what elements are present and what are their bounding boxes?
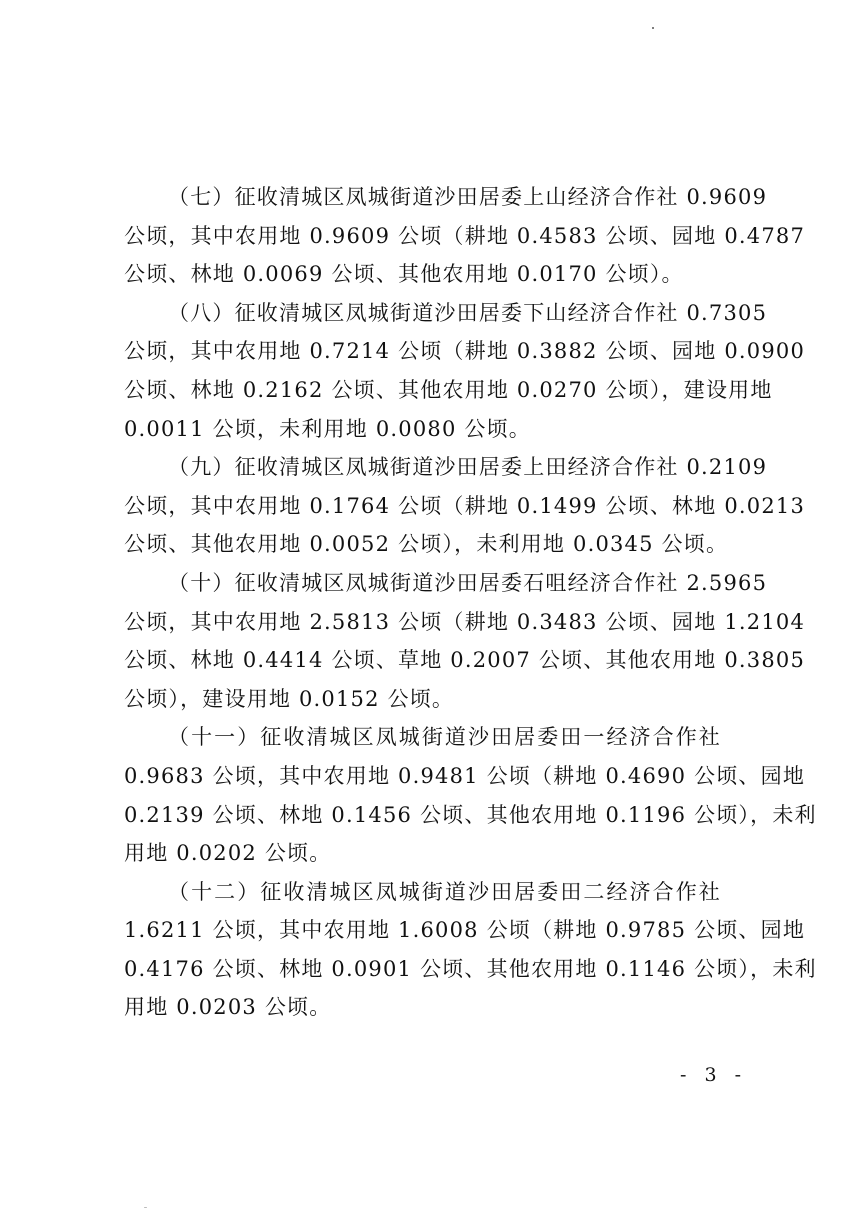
text-line: 0.2139 公顷、林地 0.1456 公顷、其他农用地 0.1196 公顷），… <box>124 796 721 835</box>
text-line: （七）征收清城区凤城街道沙田居委上山经济合作社 0.9609 <box>124 178 721 217</box>
paragraph-item-12: （十二）征收清城区凤城街道沙田居委田二经济合作社 1.6211 公顷，其中农用地… <box>124 873 721 1027</box>
text-line: 公顷、林地 0.4414 公顷、草地 0.2007 公顷、其他农用地 0.380… <box>124 641 721 680</box>
document-page: （七）征收清城区凤城街道沙田居委上山经济合作社 0.9609 公顷，其中农用地 … <box>0 0 850 1214</box>
paragraph-item-7: （七）征收清城区凤城街道沙田居委上山经济合作社 0.9609 公顷，其中农用地 … <box>124 178 721 294</box>
scan-artifact <box>144 1207 147 1208</box>
text-line: 公顷、林地 0.0069 公顷、其他农用地 0.0170 公顷）。 <box>124 255 721 294</box>
text-line: 公顷，其中农用地 0.7214 公顷（耕地 0.3882 公顷、园地 0.090… <box>124 332 721 371</box>
paragraph-item-11: （十一）征收清城区凤城街道沙田居委田一经济合作社 0.9683 公顷，其中农用地… <box>124 718 721 872</box>
document-body: （七）征收清城区凤城街道沙田居委上山经济合作社 0.9609 公顷，其中农用地 … <box>124 178 721 1027</box>
page-number: - 3 - <box>680 1064 747 1086</box>
text-line: 公顷，其中农用地 2.5813 公顷（耕地 0.3483 公顷、园地 1.210… <box>124 603 721 642</box>
scan-artifact <box>652 27 654 29</box>
text-line: 1.6211 公顷，其中农用地 1.6008 公顷（耕地 0.9785 公顷、园… <box>124 911 721 950</box>
text-line: 公顷，其中农用地 0.9609 公顷（耕地 0.4583 公顷、园地 0.478… <box>124 217 721 256</box>
paragraph-item-9: （九）征收清城区凤城街道沙田居委上田经济合作社 0.2109 公顷，其中农用地 … <box>124 448 721 564</box>
text-line: （十一）征收清城区凤城街道沙田居委田一经济合作社 <box>124 718 721 757</box>
text-line: 公顷、其他农用地 0.0052 公顷），未利用地 0.0345 公顷。 <box>124 525 721 564</box>
text-line: 公顷，其中农用地 0.1764 公顷（耕地 0.1499 公顷、林地 0.021… <box>124 487 721 526</box>
paragraph-item-8: （八）征收清城区凤城街道沙田居委下山经济合作社 0.7305 公顷，其中农用地 … <box>124 294 721 448</box>
text-line: 0.4176 公顷、林地 0.0901 公顷、其他农用地 0.1146 公顷），… <box>124 950 721 989</box>
text-line: 0.9683 公顷，其中农用地 0.9481 公顷（耕地 0.4690 公顷、园… <box>124 757 721 796</box>
text-line: 用地 0.0202 公顷。 <box>124 834 721 873</box>
paragraph-item-10: （十）征收清城区凤城街道沙田居委石咀经济合作社 2.5965 公顷，其中农用地 … <box>124 564 721 718</box>
text-line: 公顷、林地 0.2162 公顷、其他农用地 0.0270 公顷），建设用地 <box>124 371 721 410</box>
text-line: （八）征收清城区凤城街道沙田居委下山经济合作社 0.7305 <box>124 294 721 333</box>
text-line: （十二）征收清城区凤城街道沙田居委田二经济合作社 <box>124 873 721 912</box>
text-line: 用地 0.0203 公顷。 <box>124 988 721 1027</box>
text-line: 0.0011 公顷，未利用地 0.0080 公顷。 <box>124 410 721 449</box>
text-line: （十）征收清城区凤城街道沙田居委石咀经济合作社 2.5965 <box>124 564 721 603</box>
text-line: （九）征收清城区凤城街道沙田居委上田经济合作社 0.2109 <box>124 448 721 487</box>
text-line: 公顷），建设用地 0.0152 公顷。 <box>124 680 721 719</box>
